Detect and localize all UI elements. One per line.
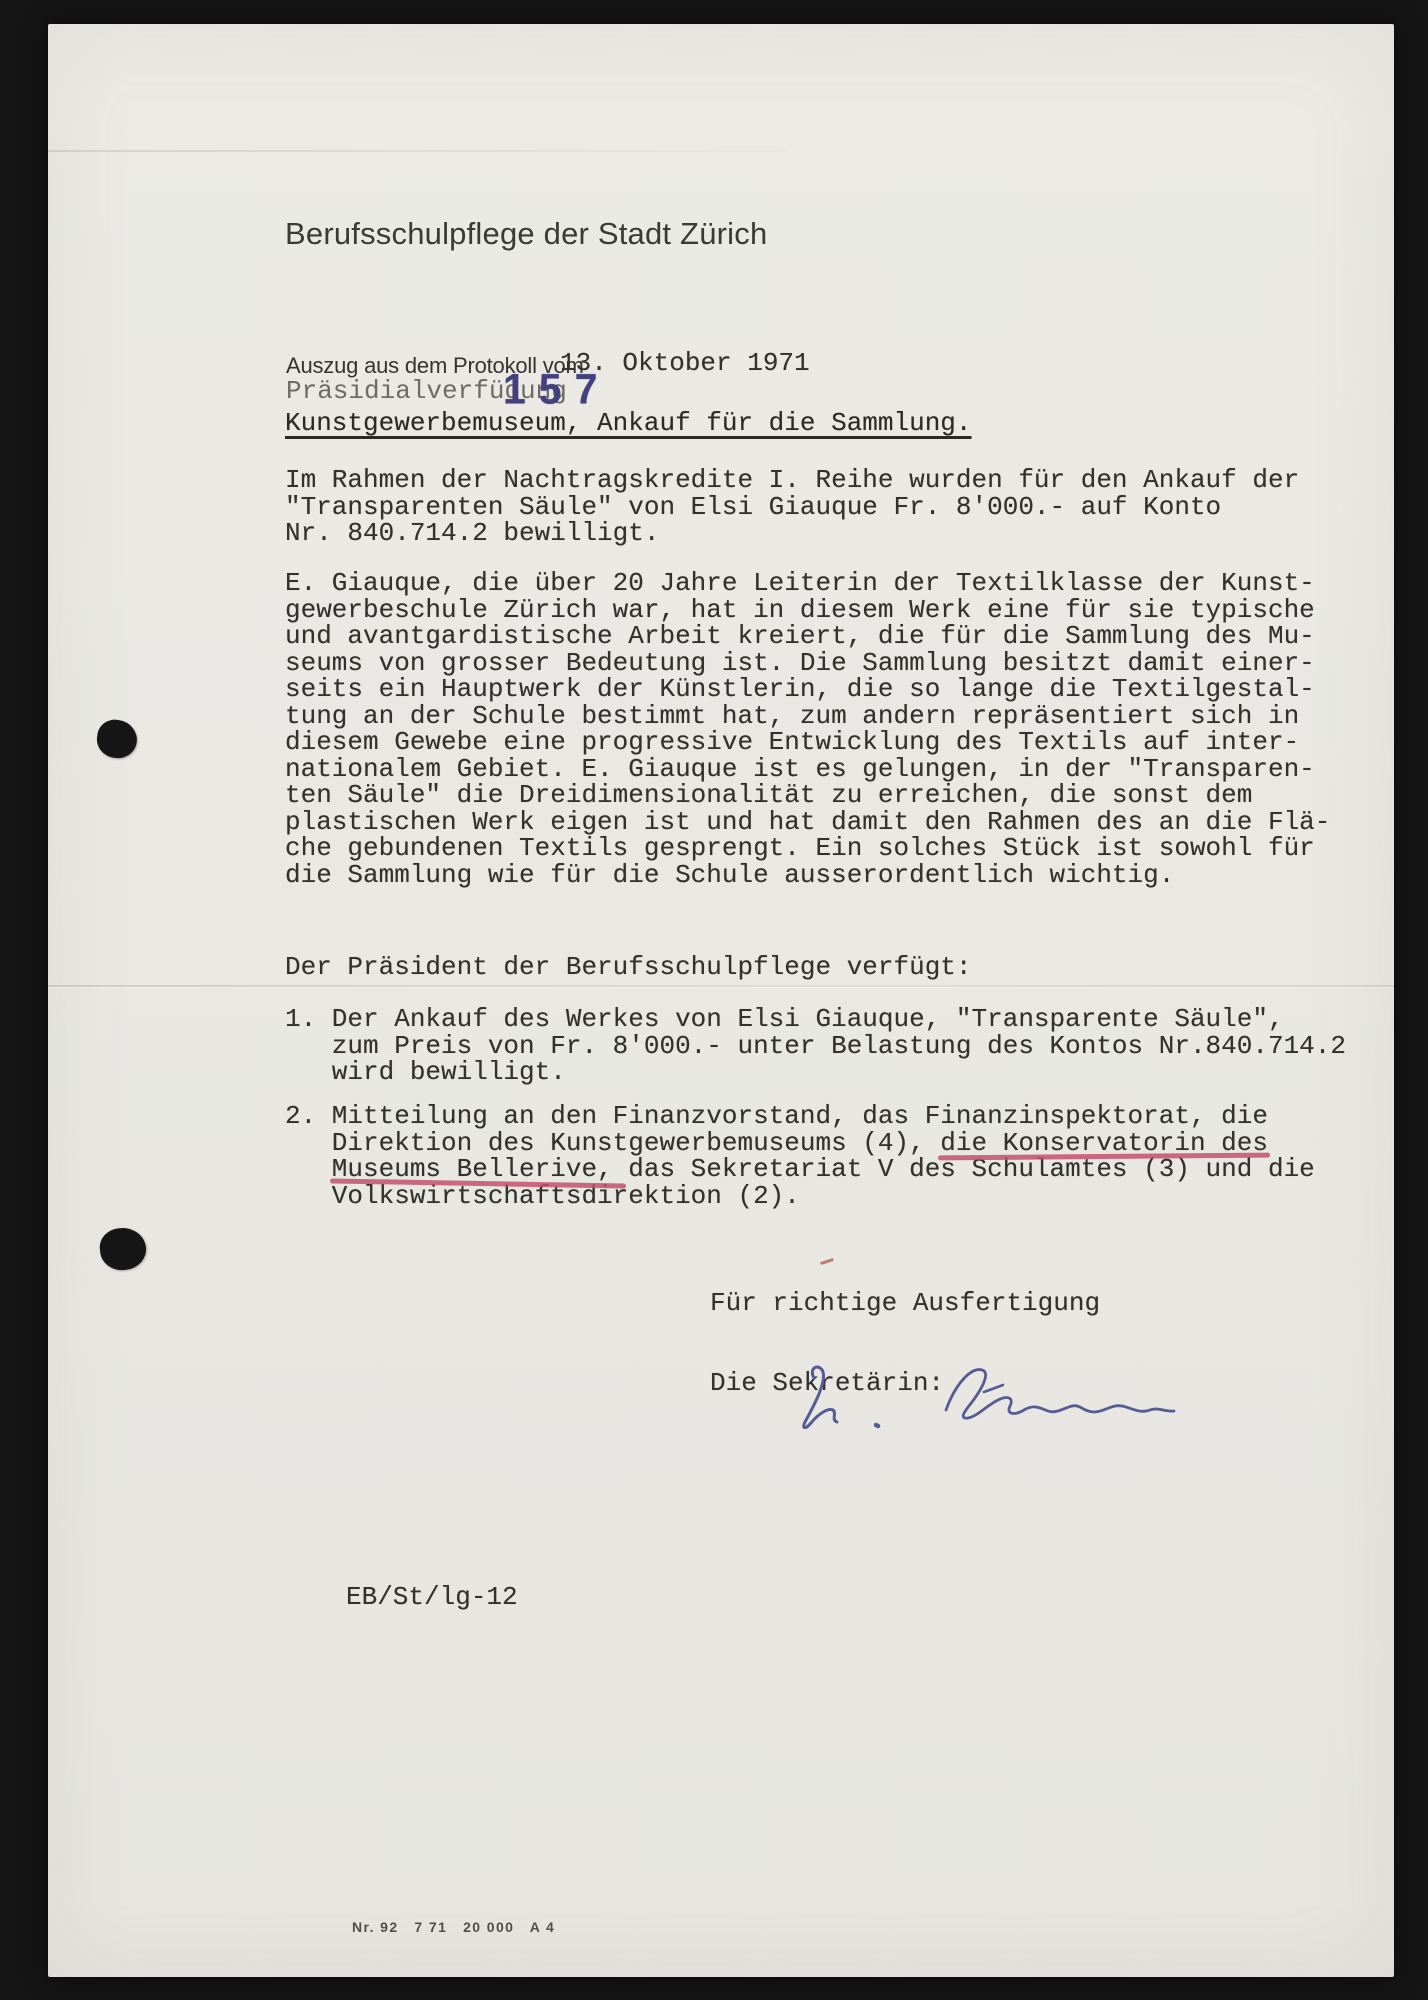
reference-code: EB/St/lg-12 — [346, 1584, 518, 1611]
certification-line: Für richtige Ausfertigung — [710, 1290, 1100, 1317]
hole-punch-bottom — [98, 1226, 148, 1273]
form-number: Nr. 92 7 71 20 000 A 4 — [352, 1919, 555, 1935]
subject-line: Kunstgewerbemuseum, Ankauf für die Samml… — [285, 410, 972, 437]
decision-item-1: 1. Der Ankauf des Werkes von Elsi Giauqu… — [285, 1006, 1346, 1086]
hole-punch-top — [95, 717, 140, 760]
fold-crease-middle — [48, 985, 1394, 987]
fold-crease-top — [48, 150, 788, 152]
document-page: Berufsschulpflege der Stadt Zürich Auszu… — [48, 24, 1394, 1977]
body-paragraph-1: Im Rahmen der Nachtragskredite I. Reihe … — [285, 467, 1299, 547]
decision-intro: Der Präsident der Berufsschulpflege verf… — [285, 954, 972, 981]
signature-stroke-r — [804, 1367, 837, 1428]
scan-background: Berufsschulpflege der Stadt Zürich Auszu… — [0, 0, 1428, 2000]
organization-title: Berufsschulpflege der Stadt Zürich — [285, 216, 767, 252]
signature-stroke-tail — [946, 1370, 1174, 1418]
signature-stroke-dot — [876, 1425, 878, 1426]
signature-stroke-crossbar — [984, 1385, 1003, 1392]
handwritten-signature — [788, 1362, 1183, 1447]
body-paragraph-2: E. Giauque, die über 20 Jahre Leiterin d… — [285, 570, 1330, 888]
decree-number-stamp: 157 — [503, 365, 610, 414]
